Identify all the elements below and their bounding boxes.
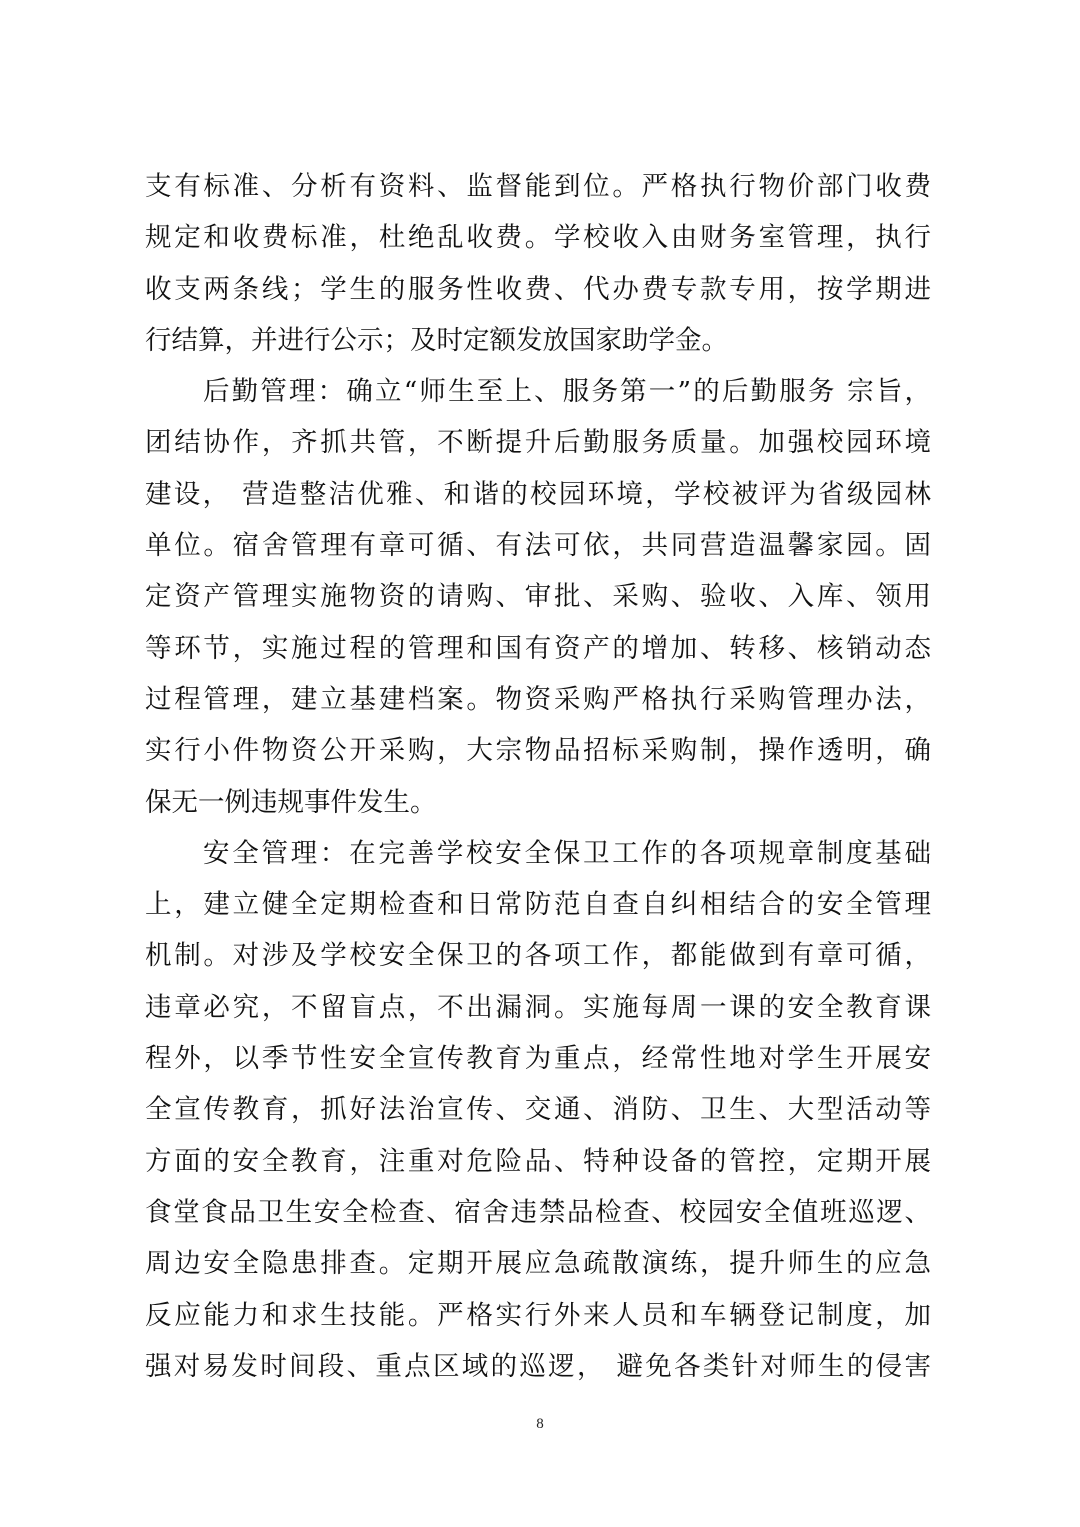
text-line: 团结协作，齐抓共管，不断提升后勤服务质量。加强校园环境 — [145, 417, 931, 468]
text-line: 上，建立健全定期检查和日常防范自查自纠相结合的安全管理 — [145, 879, 931, 930]
text-line: 程外，以季节性安全宣传教育为重点，经常性地对学生开展安 — [145, 1033, 931, 1084]
page-number: 8 — [0, 1416, 1080, 1433]
text-line: 全宣传教育，抓好法治宣传、交通、消防、卫生、大型活动等 — [145, 1084, 931, 1135]
text-line: 过程管理，建立基建档案。物资采购严格执行采购管理办法， — [145, 674, 931, 725]
document-body: 支有标准、分析有资料、监督能到位。严格执行物价部门收费 规定和收费标准，杜绝乱收… — [145, 161, 931, 1392]
text-line: 支有标准、分析有资料、监督能到位。严格执行物价部门收费 — [145, 161, 931, 212]
text-line: 建设， 营造整洁优雅、和谐的校园环境，学校被评为省级园林 — [145, 469, 931, 520]
text-line: 收支两条线；学生的服务性收费、代办费专款专用，按学期进 — [145, 264, 931, 315]
text-line: 方面的安全教育，注重对危险品、特种设备的管控，定期开展 — [145, 1136, 931, 1187]
text-line: 强对易发时间段、重点区域的巡逻， 避免各类针对师生的侵害 — [145, 1341, 931, 1392]
text-line: 等环节，实施过程的管理和国有资产的增加、转移、核销动态 — [145, 623, 931, 674]
paragraph-logistics-first-line: 后勤管理：确立“师生至上、服务第一”的后勤服务 宗旨， — [145, 366, 931, 417]
paragraph-safety-first-line: 安全管理：在完善学校安全保卫工作的各项规章制度基础 — [145, 828, 931, 879]
text-line: 规定和收费标准，杜绝乱收费。学校收入由财务室管理，执行 — [145, 212, 931, 263]
text-line: 机制。对涉及学校安全保卫的各项工作，都能做到有章可循， — [145, 930, 931, 981]
text-line: 实行小件物资公开采购，大宗物品招标采购制，操作透明，确 — [145, 725, 931, 776]
text-line: 保无一例违规事件发生。 — [145, 777, 931, 828]
text-line: 单位。宿舍管理有章可循、有法可依，共同营造温馨家园。固 — [145, 520, 931, 571]
text-line: 反应能力和求生技能。严格实行外来人员和车辆登记制度，加 — [145, 1290, 931, 1341]
text-line: 行结算，并进行公示；及时定额发放国家助学金。 — [145, 315, 931, 366]
text-line: 周边安全隐患排查。定期开展应急疏散演练，提升师生的应急 — [145, 1238, 931, 1289]
text-line: 食堂食品卫生安全检查、宿舍违禁品检查、校园安全值班巡逻、 — [145, 1187, 931, 1238]
text-line: 违章必究，不留盲点，不出漏洞。实施每周一课的安全教育课 — [145, 982, 931, 1033]
document-page: 支有标准、分析有资料、监督能到位。严格执行物价部门收费 规定和收费标准，杜绝乱收… — [0, 0, 1080, 1527]
text-line: 定资产管理实施物资的请购、审批、采购、验收、入库、领用 — [145, 571, 931, 622]
